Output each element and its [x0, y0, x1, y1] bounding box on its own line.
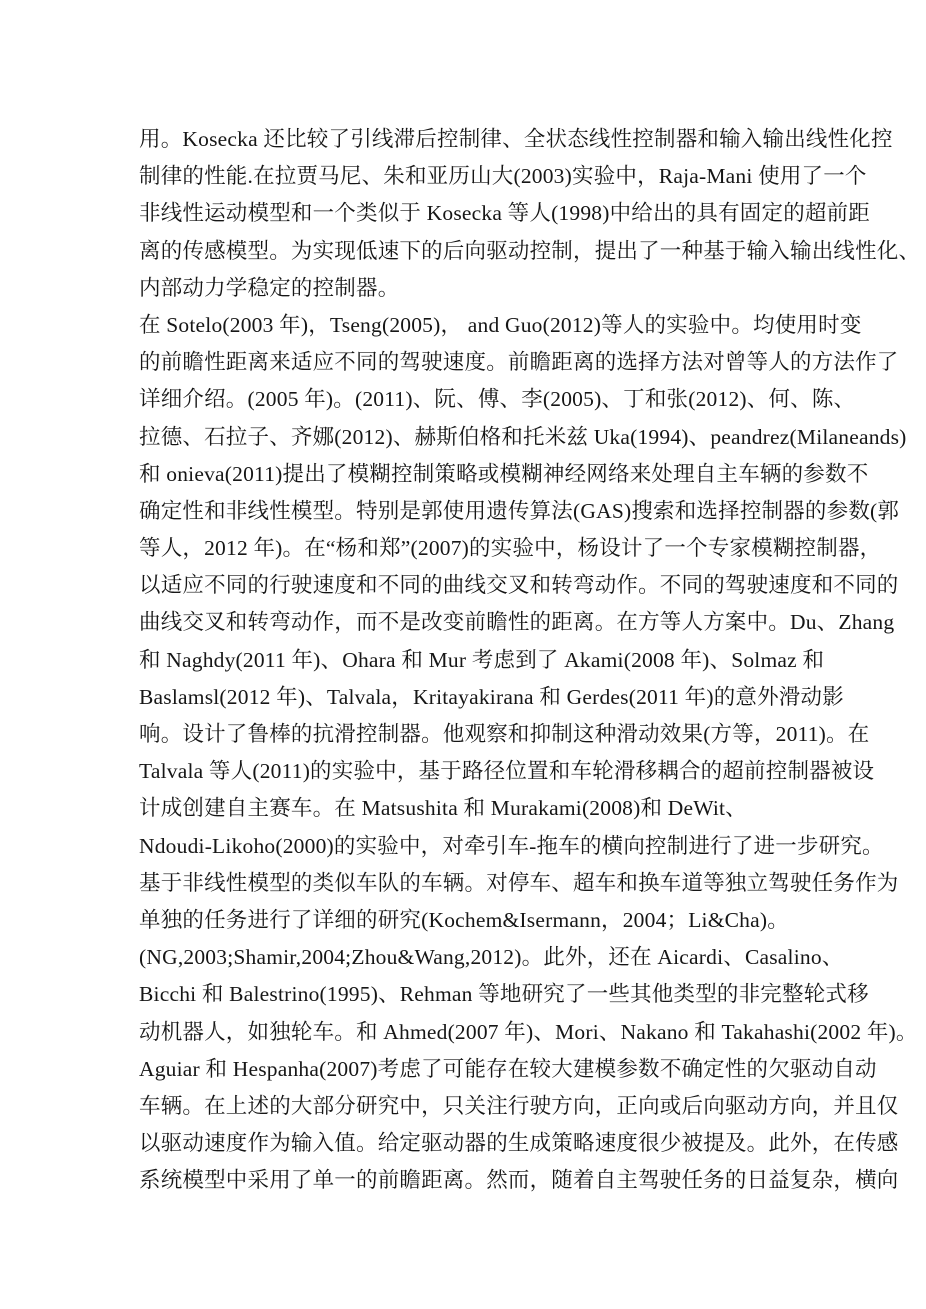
text-line: 用。Kosecka 还比较了引线滞后控制律、全状态线性控制器和输入输出线性化控	[139, 121, 804, 158]
text-line: 非线性运动模型和一个类似于 Kosecka 等人(1998)中给出的具有固定的超…	[139, 195, 804, 232]
text-line: 计成创建自主赛车。在 Matsushita 和 Murakami(2008)和 …	[139, 790, 804, 827]
text-line: Aguiar 和 Hespanha(2007)考虑了可能存在较大建模参数不确定性…	[139, 1051, 804, 1088]
text-line: 车辆。在上述的大部分研究中，只关注行驶方向，正向或后向驱动方向，并且仅	[139, 1088, 804, 1125]
text-line: 离的传感模型。为实现低速下的后向驱动控制，提出了一种基于输入输出线性化、	[139, 233, 804, 270]
text-line: 的前瞻性距离来适应不同的驾驶速度。前瞻距离的选择方法对曾等人的方法作了	[139, 344, 804, 381]
text-line: 等人，2012 年)。在“杨和郑”(2007)的实验中，杨设计了一个专家模糊控制…	[139, 530, 804, 567]
text-line: 响。设计了鲁棒的抗滑控制器。他观察和抑制这种滑动效果(方等，2011)。在	[139, 716, 804, 753]
text-line: Baslamsl(2012 年)、Talvala，Kritayakirana 和…	[139, 679, 804, 716]
text-line: 拉德、石拉子、齐娜(2012)、赫斯伯格和托米兹 Uka(1994)、peand…	[139, 419, 804, 456]
text-line: 曲线交叉和转弯动作，而不是改变前瞻性的距离。在方等人方案中。Du、Zhang	[139, 604, 804, 641]
text-line: 单独的任务进行了详细的研究(Kochem&Isermann，2004；Li&Ch…	[139, 902, 804, 939]
text-line: 以驱动速度作为输入值。给定驱动器的生成策略速度很少被提及。此外，在传感	[139, 1125, 804, 1162]
text-line: 和 onieva(2011)提出了模糊控制策略或模糊神经网络来处理自主车辆的参数…	[139, 456, 804, 493]
text-line: 动机器人，如独轮车。和 Ahmed(2007 年)、Mori、Nakano 和 …	[139, 1014, 804, 1051]
text-line: (NG,2003;Shamir,2004;Zhou&Wang,2012)。此外，…	[139, 939, 804, 976]
text-line: 制律的性能.在拉贾马尼、朱和亚历山大(2003)实验中，Raja-Mani 使用…	[139, 158, 804, 195]
text-line: 基于非线性模型的类似车队的车辆。对停车、超车和换车道等独立驾驶任务作为	[139, 865, 804, 902]
text-line: 和 Naghdy(2011 年)、Ohara 和 Mur 考虑到了 Akami(…	[139, 642, 804, 679]
text-line: 详细介绍。(2005 年)。(2011)、阮、傅、李(2005)、丁和张(201…	[139, 381, 804, 418]
document-page: 用。Kosecka 还比较了引线滞后控制律、全状态线性控制器和输入输出线性化控 …	[0, 0, 926, 1309]
text-line: 内部动力学稳定的控制器。	[139, 270, 804, 307]
text-line: 确定性和非线性模型。特别是郭使用遗传算法(GAS)搜索和选择控制器的参数(郭	[139, 493, 804, 530]
text-line: 在 Sotelo(2003 年)，Tseng(2005)， and Guo(20…	[139, 307, 804, 344]
text-line: 以适应不同的行驶速度和不同的曲线交叉和转弯动作。不同的驾驶速度和不同的	[139, 567, 804, 604]
text-block: 用。Kosecka 还比较了引线滞后控制律、全状态线性控制器和输入输出线性化控 …	[139, 121, 804, 1199]
text-line: Ndoudi-Likoho(2000)的实验中，对牵引车-拖车的横向控制进行了进…	[139, 828, 804, 865]
text-line: Talvala 等人(2011)的实验中，基于路径位置和车轮滑移耦合的超前控制器…	[139, 753, 804, 790]
text-line: Bicchi 和 Balestrino(1995)、Rehman 等地研究了一些…	[139, 976, 804, 1013]
text-line: 系统模型中采用了单一的前瞻距离。然而，随着自主驾驶任务的日益复杂，横向	[139, 1162, 804, 1199]
